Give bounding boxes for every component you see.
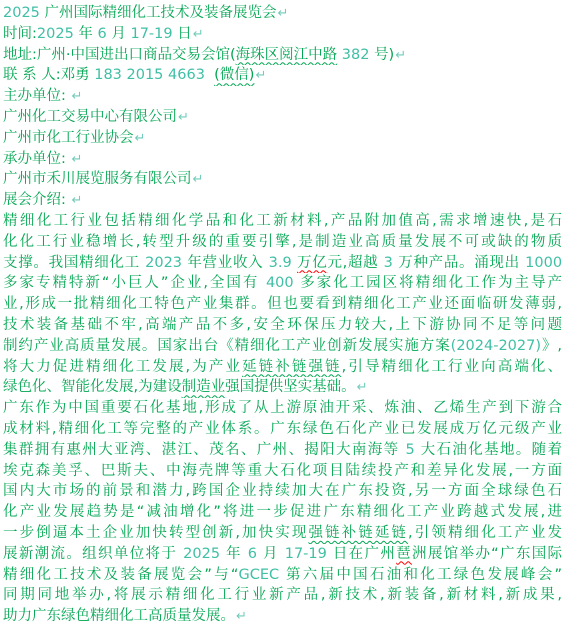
text-segment: 万种产品。涌现出 (398, 255, 525, 271)
text-segment: 绿色化、智能化发展,为建设 (3, 379, 182, 395)
text-segment: ,引导精细化工行业向高端化、 (342, 359, 562, 375)
text-segment: 制约产业高质量发展。国家出台《精细化工产业创新发展实施方案 (3, 338, 451, 354)
host-org-1-line: 广州化工交易中心有限公司↵ (3, 107, 562, 128)
text-segment: 化化工行业稳增长,转型升级的重要引擎,是制造业高质量发展不可或缺的物质 (3, 234, 562, 250)
guangdong-paragraph-line-6: 化产业发展趋势是“减油增化”将进一步促进广东精细化工产业跨越式发展,进 (3, 502, 562, 523)
guangdong-paragraph-line-10: 同期同地举办,将展示精细化工行业新产品,新技术,新装备,新材料,新成果, (3, 585, 562, 606)
guangdong-paragraph-line-3: 集群拥有惠州大亚湾、湛江、茂名、广州、揭阳大南海等 5 大石油化基地。随着 (3, 440, 562, 461)
text-segment: 大石油化基地。随着 (421, 442, 562, 458)
intro-paragraph-line-1: 精细化工行业包括精细化学品和化工新材料,产品附加值高,需求增速快,是石 (3, 211, 562, 232)
paragraph-mark-icon: ↵ (192, 172, 204, 187)
text-segment: 多家专精特新“小巨人”企业,全国有 (3, 275, 266, 291)
number-text: 2025 (37, 26, 79, 42)
text-segment: 广州市化工行业协会 (3, 130, 134, 146)
paragraph-mark-icon: ↵ (394, 48, 406, 63)
text-segment: 埃克森美孚、巴斯夫、中海壳牌等重大石化项目陆续投产和差异化发展,一方面 (3, 463, 562, 479)
number-text: 382 (342, 47, 374, 63)
guangdong-paragraph-line-1: 广东作为中国重要石化基地,形成了从上游原油开采、炼油、乙烯生产到下游合 (3, 398, 562, 419)
number-text: 17-19 (130, 26, 177, 42)
title-line: 2025 广州国际精细化工技术及装备展览会↵ (3, 3, 562, 24)
text-segment: 多家化工园区将精细化工作为主导产 (300, 275, 562, 291)
host-label-line: 主办单位: ↵ (3, 86, 562, 107)
text-segment: 年 (78, 26, 97, 42)
intro-paragraph-line-2: 化化工行业稳增长,转型升级的重要引擎,是制造业高质量发展不可或缺的物质 (3, 232, 562, 253)
text-segment: 月 (111, 26, 130, 42)
intro-paragraph-line-9: 绿色化、智能化发展,为建设制造业强国提供坚实基础。↵ (3, 377, 562, 398)
text-segment: 洲展馆举办“广东国际 (412, 546, 562, 562)
spellcheck-underlined-text: (微信) (214, 67, 254, 83)
text-segment: 助力广东绿色精细化工高质量发展。 (3, 608, 235, 624)
paragraph-mark-icon: ↵ (71, 89, 83, 104)
text-segment: 日在广州 (333, 546, 396, 562)
time-line: 时间:2025 年 6 月 17-19 日↵ (3, 24, 562, 45)
intro-paragraph-line-7: 制约产业高质量发展。国家出台《精细化工产业创新发展实施方案(2024-2027)… (3, 336, 562, 357)
text-segment: 时间: (3, 26, 37, 42)
text-segment: 第六届中国石油和化工绿色发展峰会” (286, 567, 562, 583)
document-page: 2025 广州国际精细化工技术及装备展览会↵时间:2025 年 6 月 17-1… (0, 0, 564, 631)
text-segment: 强国提供坚实基础。 (225, 379, 356, 395)
guangdong-paragraph-line-8: 展新潮流。组织单位将于 2025 年 6 月 17-19 日在广州琶洲展馆举办“… (3, 544, 562, 565)
spellcheck-underlined-text: 制造业 (182, 379, 226, 395)
address-line: 地址:广州·中国进出口商品交易会馆(海珠区阅江中路 382 号)↵ (3, 45, 562, 66)
number-text: 6 (98, 26, 112, 42)
text-segment: 成材料,精细化工等完整的产业体系。广东绿色石化产业已发展成万亿元级产业 (3, 421, 562, 437)
intro-paragraph-line-8: 将大力促进精细化工发展,为产业延链补链强链,引导精细化工行业向高端化、 (3, 357, 562, 378)
text-segment: 将大力促进精细化工发展,为产业 (3, 359, 242, 375)
number-text: 6 (248, 546, 263, 562)
text-segment: 号) (374, 47, 394, 63)
guangdong-paragraph-line-5: 国内大市场的前景和潜力,跨国企业持续加大在广东投资,另一方面全球绿色石 (3, 481, 562, 502)
intro-paragraph-line-3: 支撑。我国精细化工 2023 年营业收入 3.9 万亿元,超越 3 万种产品。涌… (3, 253, 562, 274)
text-segment: 精细化工行业包括精细化学品和化工新材料,产品附加值高,需求增速快,是石 (3, 213, 562, 229)
guangdong-paragraph-line-11: 助力广东绿色精细化工高质量发展。↵ (3, 606, 562, 627)
spellcheck-underlined-text: 海珠区阅江中路 (236, 47, 338, 63)
contact-line: 联 系 人:邓勇 183 2015 4663 (微信)↵ (3, 65, 562, 86)
text-segment: 展新潮流。组织单位将于 (3, 546, 183, 562)
paragraph-mark-icon: ↵ (356, 380, 368, 395)
number-text: 2025 (3, 5, 45, 21)
text-segment: ,引领精细化工产业发 (408, 525, 562, 541)
text-segment: 精细化工技术及装备展览会”与“ (3, 567, 238, 583)
text-segment: 支撑。我国精细化工 (3, 255, 145, 271)
spellcheck-underlined-text: 琶 (396, 546, 412, 562)
host-org-2-line: 广州市化工行业协会↵ (3, 128, 562, 149)
text-segment: 日 (177, 26, 192, 42)
intro-label-line: 展会介绍: ↵ (3, 190, 562, 211)
spellcheck-underlined-text: 延链补链强链 (242, 359, 342, 375)
guangdong-paragraph-line-4: 埃克森美孚、巴斯夫、中海壳牌等重大石化项目陆续投产和差异化发展,一方面 (3, 461, 562, 482)
text-segment: 年营业收入 (187, 255, 268, 271)
paragraph-mark-icon: ↵ (134, 131, 146, 146)
text-segment: 广州市禾川展览服务有限公司 (3, 171, 192, 187)
organizer-org-line: 广州市禾川展览服务有限公司↵ (3, 169, 562, 190)
text-segment: 国内大市场的前景和潜力,跨国企业持续加大在广东投资,另一方面全球绿色石 (3, 483, 562, 499)
text-segment (205, 67, 214, 83)
spellcheck-underlined-text: 万亿 (297, 255, 327, 271)
number-text: 3.9 (269, 255, 297, 271)
text-segment: 展会介绍: (3, 192, 71, 208)
intro-paragraph-line-6: 技术装备基础不牢,高端产品不多,安全环保压力较大,上下游协同不足等问题 (3, 315, 562, 336)
paragraph-mark-icon: ↵ (254, 68, 266, 83)
paragraph-mark-icon: ↵ (177, 110, 189, 125)
guangdong-paragraph-line-7: 一步倒逼本土企业加快转型创新,加快实现强链补链延链,引领精细化工产业发 (3, 523, 562, 544)
paragraph-mark-icon: ↵ (71, 193, 83, 208)
number-text: (2024-2027) (451, 338, 541, 354)
number-text: 1000 (525, 255, 562, 271)
number-text: 2025 (183, 546, 226, 562)
text-segment: 同期同地举办,将展示精细化工行业新产品,新技术,新装备,新材料,新成果, (3, 587, 562, 603)
text-segment: 承办单位: (3, 151, 71, 167)
spellcheck-underlined-text: 强链补链延链 (308, 525, 408, 541)
text-segment: 月 (263, 546, 285, 562)
paragraph-mark-icon: ↵ (192, 27, 204, 42)
paragraph-mark-icon: ↵ (277, 6, 289, 21)
number-text: GCEC (238, 567, 286, 583)
number-text: 3 (384, 255, 399, 271)
text-segment: 广州国际精细化工技术及装备展览会 (45, 5, 277, 21)
text-segment: 年 (226, 546, 248, 562)
number-text: 2023 (145, 255, 187, 271)
paragraph-mark-icon: ↵ (235, 609, 247, 624)
text-segment: 元,超越 (327, 255, 383, 271)
number-text: 5 (405, 442, 420, 458)
guangdong-paragraph-line-2: 成材料,精细化工等完整的产业体系。广东绿色石化产业已发展成万亿元级产业 (3, 419, 562, 440)
number-text: 183 2015 4663 (94, 67, 205, 83)
text-segment: 集群拥有惠州大亚湾、湛江、茂名、广州、揭阳大南海等 (3, 442, 405, 458)
text-segment: 化产业发展趋势是“减油增化”将进一步促进广东精细化工产业跨越式发展,进 (3, 504, 562, 520)
text-segment: 主办单位: (3, 88, 71, 104)
paragraph-mark-icon: ↵ (71, 152, 83, 167)
text-segment: 》, (541, 338, 562, 354)
organizer-label-line: 承办单位: ↵ (3, 149, 562, 170)
text-segment: 一步倒逼本土企业加快转型创新,加快实现 (3, 525, 308, 541)
text-segment: 联 系 人:邓勇 (3, 67, 94, 83)
intro-paragraph-line-4: 多家专精特新“小巨人”企业,全国有 400 多家化工园区将精细化工作为主导产 (3, 273, 562, 294)
text-segment: 广东作为中国重要石化基地,形成了从上游原油开采、炼油、乙烯生产到下游合 (3, 400, 562, 416)
intro-paragraph-line-5: 业,形成一批精细化工特色产业集群。但也要看到精细化工产业还面临研发薄弱, (3, 294, 562, 315)
text-segment: 业,形成一批精细化工特色产业集群。但也要看到精细化工产业还面临研发薄弱, (3, 296, 562, 312)
guangdong-paragraph-line-9: 精细化工技术及装备展览会”与“GCEC 第六届中国石油和化工绿色发展峰会” (3, 565, 562, 586)
text-segment: 广州化工交易中心有限公司 (3, 109, 177, 125)
text-segment: 技术装备基础不牢,高端产品不多,安全环保压力较大,上下游协同不足等问题 (3, 317, 562, 333)
text-segment: 地址:广州·中国进出口商品交易会馆( (3, 47, 236, 63)
number-text: 17-19 (285, 546, 333, 562)
number-text: 400 (266, 275, 300, 291)
